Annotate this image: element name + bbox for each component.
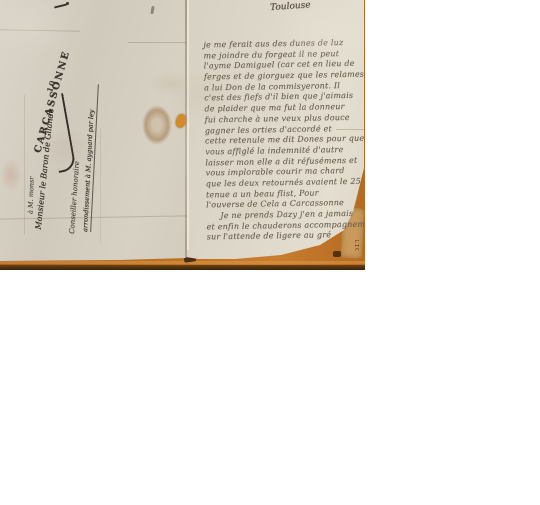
wood-table-highlight (0, 261, 365, 264)
wood-stamp-text: LIC (350, 240, 359, 266)
wood-dark-mark (333, 251, 341, 257)
faint-stain (0, 158, 22, 192)
crease (100, 128, 101, 243)
letter-body-text: je me ferait aus des dunes de luz me joi… (203, 38, 365, 244)
paper-discoloration (150, 70, 190, 96)
wood-table-edge (0, 265, 365, 270)
crease (128, 42, 186, 43)
brown-stain (142, 105, 172, 145)
fold-edge-highlight (187, 0, 189, 250)
letter-photograph: LIC 10 CARCASSONNE à M. monsr Monsieur l… (0, 0, 365, 270)
crease (24, 95, 25, 235)
ink-dot (66, 2, 69, 5)
